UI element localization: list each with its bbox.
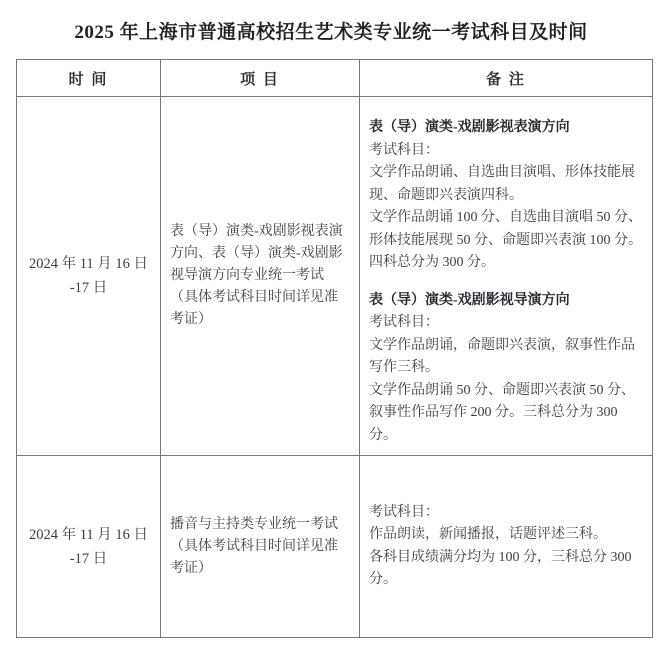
remark-line: 考试科目：	[369, 502, 642, 525]
table-row: 2024 年 11 月 16 日 -17 日 播音与主持类专业统一考试（具体考试…	[17, 456, 653, 638]
exam-date-line2: -17 日	[18, 276, 159, 300]
project-cell: 播音与主持类专业统一考试（具体考试科目时间详见准考证）	[161, 456, 360, 638]
exam-date-line1: 2024 年 11 月 16 日	[18, 523, 159, 547]
remark-section-heading: 表（导）演类-戏剧影视导演方向	[369, 290, 642, 313]
remark-line: 文学作品朗诵 100 分、自选曲目演唱 50 分、形体技能展现 50 分、命题即…	[369, 207, 642, 275]
document-page: 2025 年上海市普通高校招生艺术类专业统一考试科目及时间 时 间 项 目 备 …	[0, 0, 662, 658]
time-cell: 2024 年 11 月 16 日 -17 日	[17, 456, 161, 638]
remark-section-heading: 表（导）演类-戏剧影视表演方向	[369, 117, 642, 140]
column-header-remark: 备 注	[360, 60, 653, 97]
page-title: 2025 年上海市普通高校招生艺术类专业统一考试科目及时间	[0, 0, 662, 44]
table-row: 2024 年 11 月 16 日 -17 日 表（导）演类-戏剧影视表演方向、表…	[17, 97, 653, 456]
remark-line: 文学作品朗诵、自选曲目演唱、形体技能展现、命题即兴表演四科。	[369, 162, 642, 207]
time-cell: 2024 年 11 月 16 日 -17 日	[17, 97, 161, 456]
remark-line: 文学作品朗诵 50 分、命题即兴表演 50 分、叙事性作品写作 200 分。三科…	[369, 380, 642, 448]
table-header-row: 时 间 项 目 备 注	[17, 60, 653, 97]
remark-line: 作品朗读，新闻播报，话题评述三科。	[369, 524, 642, 547]
column-header-time: 时 间	[17, 60, 161, 97]
exam-date-line1: 2024 年 11 月 16 日	[18, 252, 159, 276]
column-header-project: 项 目	[161, 60, 360, 97]
remark-cell: 考试科目： 作品朗读，新闻播报，话题评述三科。 各科目成绩满分均为 100 分，…	[360, 456, 653, 638]
exam-schedule-table: 时 间 项 目 备 注 2024 年 11 月 16 日 -17 日 表（导）演…	[16, 59, 653, 638]
remark-line: 文学作品朗诵，命题即兴表演，叙事性作品写作三科。	[369, 335, 642, 380]
remark-section-directing: 表（导）演类-戏剧影视导演方向 考试科目： 文学作品朗诵，命题即兴表演，叙事性作…	[369, 290, 642, 448]
project-text: 播音与主持类专业统一考试（具体考试科目时间详见准考证）	[170, 514, 350, 580]
remark-cell: 表（导）演类-戏剧影视表演方向 考试科目： 文学作品朗诵、自选曲目演唱、形体技能…	[360, 97, 653, 456]
project-text: 表（导）演类-戏剧影视表演方向、表（导）演类-戏剧影视导演方向专业统一考试（具体…	[170, 221, 350, 331]
exam-date-line2: -17 日	[18, 547, 159, 571]
project-cell: 表（导）演类-戏剧影视表演方向、表（导）演类-戏剧影视导演方向专业统一考试（具体…	[161, 97, 360, 456]
remark-line: 考试科目：	[369, 140, 642, 163]
remark-section-performance: 表（导）演类-戏剧影视表演方向 考试科目： 文学作品朗诵、自选曲目演唱、形体技能…	[369, 117, 642, 275]
remark-line: 各科目成绩满分均为 100 分，三科总分 300 分。	[369, 547, 642, 592]
remark-line: 考试科目：	[369, 312, 642, 335]
